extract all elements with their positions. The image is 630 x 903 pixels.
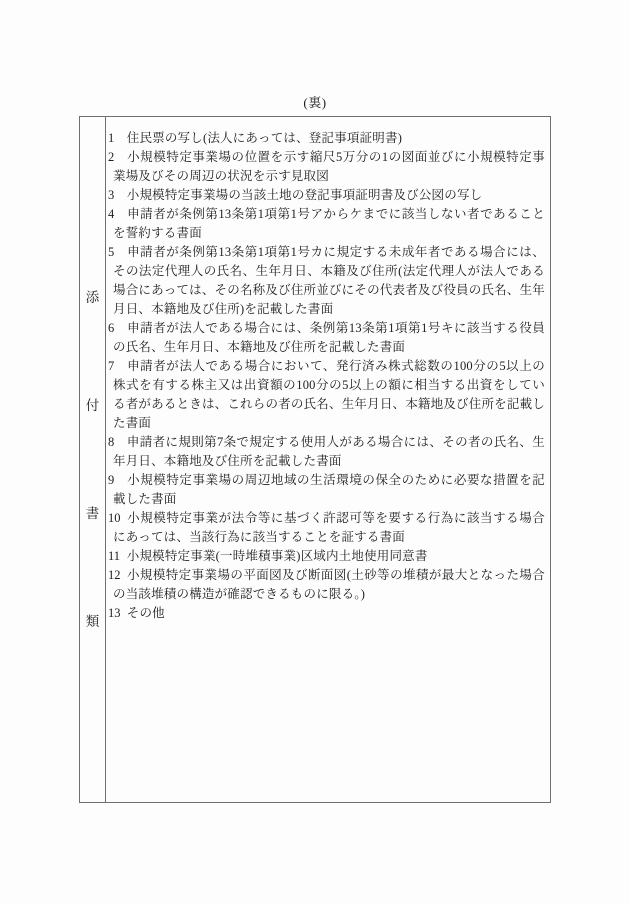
row-header-char: 添 xyxy=(86,290,100,305)
row-header-char: 類 xyxy=(86,614,100,629)
item-number: 2 xyxy=(108,148,127,167)
item-text: 住民票の写し(法人にあっては、登記事項証明書) xyxy=(127,131,402,145)
item-text: 申請者が条例第13条第1項第1号カに規定する未成年者である場合には、その法定代理… xyxy=(113,245,545,316)
list-item: 10小規模特定事業が法令等に基づく許認可等を要する行為に該当する場合にあっては、… xyxy=(108,509,545,547)
item-text: その他 xyxy=(127,606,165,620)
list-item: 12小規模特定事業場の平面図及び断面図(土砂等の堆積が最大となった場合の当該堆積… xyxy=(108,566,545,604)
list-item: 5申請者が条例第13条第1項第1号カに規定する未成年者である場合には、その法定代… xyxy=(108,243,545,319)
list-item: 1住民票の写し(法人にあっては、登記事項証明書) xyxy=(108,129,545,148)
item-text: 小規模特定事業場の平面図及び断面図(土砂等の堆積が最大となった場合の当該堆積の構… xyxy=(113,568,545,601)
item-number: 10 xyxy=(108,509,127,528)
item-number: 3 xyxy=(108,186,127,205)
row-header-attachments: 添付書類 xyxy=(80,117,106,802)
item-text: 申請者が法人である場合には、条例第13条第1項第1号キに該当する役員の氏名、生年… xyxy=(113,321,545,354)
item-text: 申請者に規則第7条で規定する使用人がある場合には、その者の氏名、生年月日、本籍地… xyxy=(113,435,545,468)
item-text: 小規模特定事業が法令等に基づく許認可等を要する行為に該当する場合にあっては、当該… xyxy=(113,511,545,544)
item-number: 1 xyxy=(108,129,127,148)
item-number: 4 xyxy=(108,205,127,224)
item-text: 小規模特定事業(一時堆積事業)区域内土地使用同意書 xyxy=(127,549,428,563)
attachments-list: 1住民票の写し(法人にあっては、登記事項証明書)2小規模特定事業場の位置を示す縮… xyxy=(106,117,550,802)
item-number: 6 xyxy=(108,319,127,338)
list-item: 7申請者が法人である場合において、発行済み株式総数の100分の5以上の株式を有す… xyxy=(108,357,545,433)
item-text: 小規模特定事業場の位置を示す縮尺5万分の1の図面並びに小規模特定事業場及びその周… xyxy=(113,150,545,183)
list-item: 6申請者が法人である場合には、条例第13条第1項第1号キに該当する役員の氏名、生… xyxy=(108,319,545,357)
item-text: 申請者が法人である場合において、発行済み株式総数の100分の5以上の株式を有する… xyxy=(113,359,545,430)
item-number: 5 xyxy=(108,243,127,262)
list-item: 3小規模特定事業場の当該土地の登記事項証明書及び公図の写し xyxy=(108,186,545,205)
list-item: 8申請者に規則第7条で規定する使用人がある場合には、その者の氏名、生年月日、本籍… xyxy=(108,433,545,471)
item-number: 9 xyxy=(108,471,127,490)
list-item: 9小規模特定事業場の周辺地域の生活環境の保全のために必要な措置を記載した書面 xyxy=(108,471,545,509)
page-side-label: (裏) xyxy=(0,95,630,111)
item-text: 小規模特定事業場の当該土地の登記事項証明書及び公図の写し xyxy=(127,188,483,202)
item-number: 7 xyxy=(108,357,127,376)
item-number: 12 xyxy=(108,566,127,585)
list-item: 11小規模特定事業(一時堆積事業)区域内土地使用同意書 xyxy=(108,547,545,566)
attachments-table: 添付書類 1住民票の写し(法人にあっては、登記事項証明書)2小規模特定事業場の位… xyxy=(79,116,551,803)
list-item: 13その他 xyxy=(108,604,545,623)
list-item: 2小規模特定事業場の位置を示す縮尺5万分の1の図面並びに小規模特定事業場及びその… xyxy=(108,148,545,186)
item-text: 小規模特定事業場の周辺地域の生活環境の保全のために必要な措置を記載した書面 xyxy=(113,473,545,506)
item-number: 11 xyxy=(108,547,127,566)
document-page: (裏) 添付書類 1住民票の写し(法人にあっては、登記事項証明書)2小規模特定事… xyxy=(0,0,630,903)
item-text: 申請者が条例第13条第1項第1号アからケまでに該当しない者であることを誓約する書… xyxy=(113,207,545,240)
item-number: 13 xyxy=(108,604,127,623)
list-item: 4申請者が条例第13条第1項第1号アからケまでに該当しない者であることを誓約する… xyxy=(108,205,545,243)
item-number: 8 xyxy=(108,433,127,452)
row-header-char: 書 xyxy=(86,506,100,521)
row-header-char: 付 xyxy=(86,398,100,413)
